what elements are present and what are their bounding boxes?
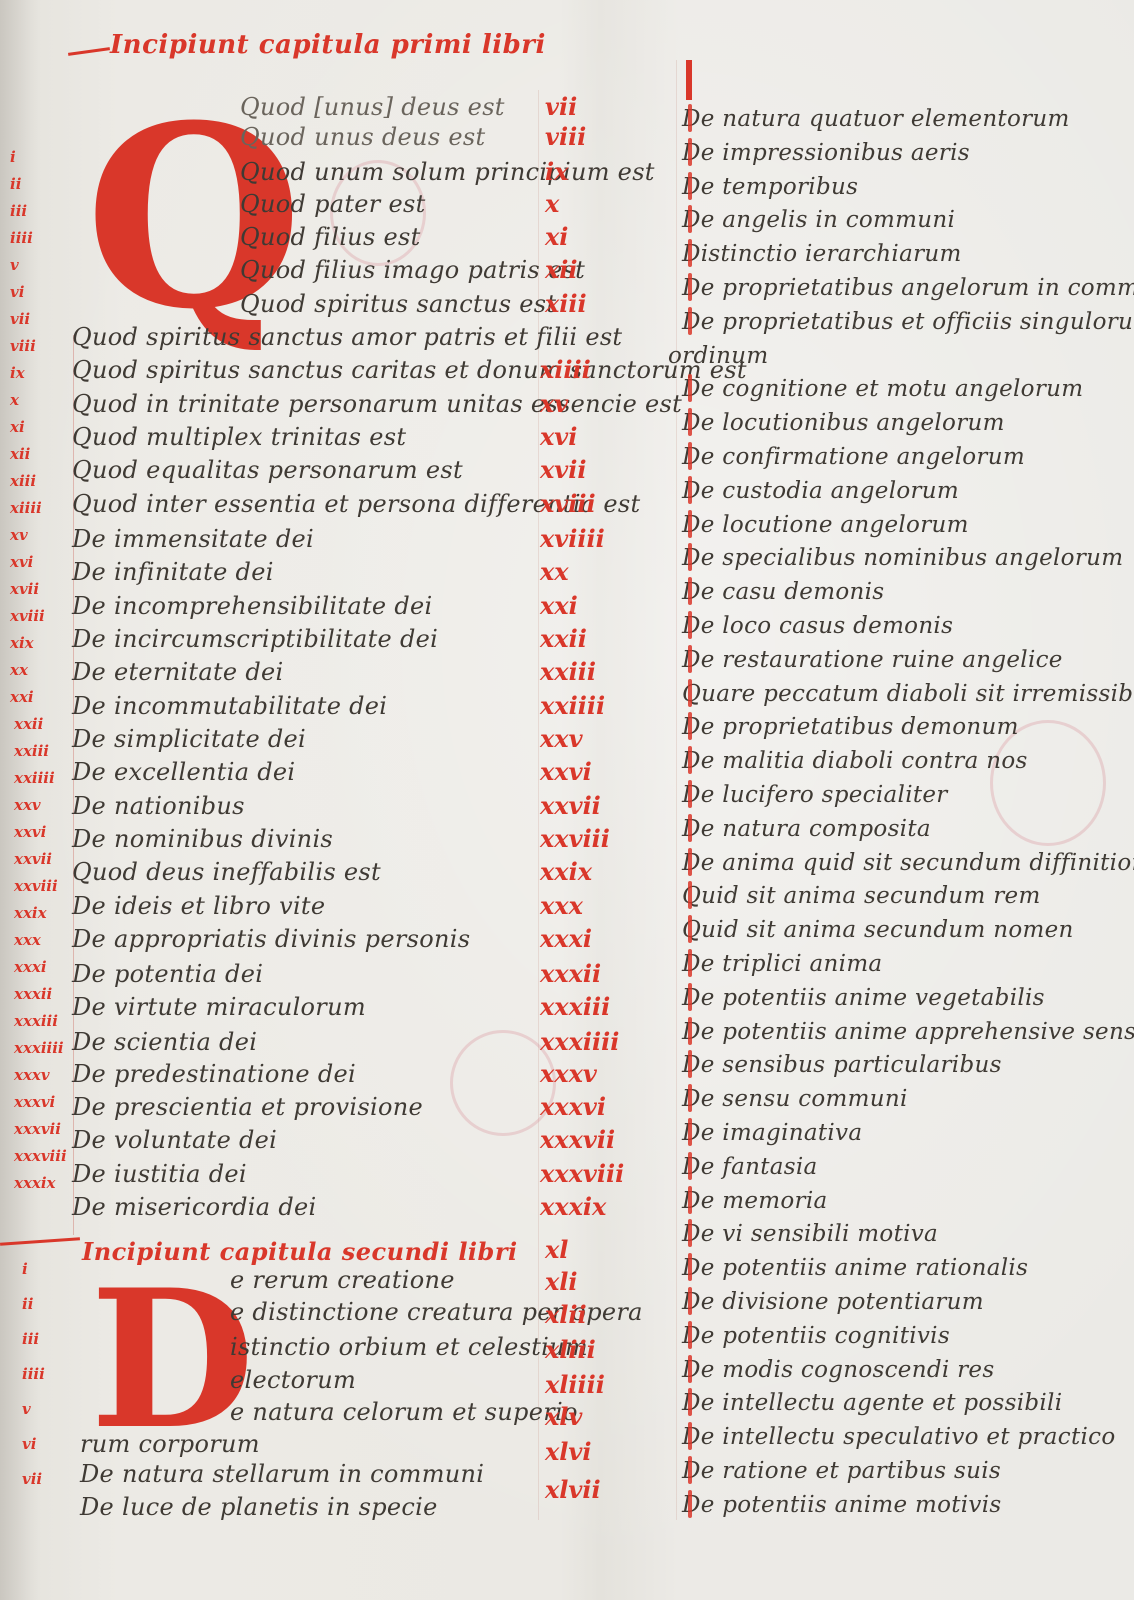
red-capital-stroke xyxy=(688,1186,692,1214)
red-capital-stroke xyxy=(688,1422,692,1450)
chapter-entry: De prescientia et provisione xyxy=(72,1095,423,1119)
chapter-numeral: xxxvi xyxy=(540,1095,606,1119)
red-capital-stroke xyxy=(688,1456,692,1484)
chapter-numeral: xlii xyxy=(545,1303,587,1327)
chapter-numeral: xxv xyxy=(540,727,583,751)
margin-numeral: xxxiii xyxy=(14,1014,58,1029)
chapter-entry: e natura celorum et superio xyxy=(230,1400,578,1424)
chapter-numeral: xvii xyxy=(540,458,587,482)
chapter-numeral: xiii xyxy=(545,292,587,316)
red-capital-stroke xyxy=(688,915,692,943)
margin-numeral: iii xyxy=(22,1332,39,1347)
margin-numeral: xvii xyxy=(10,582,39,597)
chapter-entry: Quod spiritus sanctus amor patris et fil… xyxy=(72,325,622,349)
margin-numeral: v xyxy=(22,1402,31,1417)
chapter-entry: De casu demonis xyxy=(682,581,884,604)
margin-numeral: iiii xyxy=(22,1367,45,1382)
chapter-entry: De sensibus particularibus xyxy=(682,1054,1002,1077)
red-capital-stroke xyxy=(688,881,692,909)
chapter-numeral: xxi xyxy=(540,594,578,618)
chapter-entry: De potentiis anime vegetabilis xyxy=(682,987,1045,1010)
chapter-entry: De luce de planetis in specie xyxy=(80,1495,438,1519)
red-capital-stroke xyxy=(688,577,692,605)
chapter-entry: ordinum xyxy=(668,345,768,368)
chapter-numeral: xxxix xyxy=(540,1195,606,1219)
red-capital-stroke xyxy=(688,712,692,740)
chapter-entry: Quod unum solum principium est xyxy=(240,160,655,184)
chapter-entry: De natura quatuor elementorum xyxy=(682,108,1070,131)
margin-numeral: xxiii xyxy=(14,744,49,759)
red-capital-stroke xyxy=(688,138,692,166)
chapter-entry: De intellectu speculativo et practico xyxy=(682,1426,1116,1449)
margin-numeral: ix xyxy=(10,366,25,381)
chapter-entry: De confirmatione angelorum xyxy=(682,446,1025,469)
margin-numeral: xxix xyxy=(14,906,47,921)
chapter-entry: De impressionibus aeris xyxy=(682,142,970,165)
red-capital-stroke xyxy=(688,611,692,639)
chapter-entry: e rerum creatione xyxy=(230,1268,455,1292)
margin-numeral: xxi xyxy=(10,690,34,705)
chapter-numeral: xlvi xyxy=(545,1440,592,1464)
chapter-entry: De immensitate dei xyxy=(72,527,314,551)
margin-numeral: xxxvi xyxy=(14,1095,55,1110)
chapter-entry: De malitia diaboli contra nos xyxy=(682,750,1028,773)
chapter-numeral: xxiii xyxy=(540,660,596,684)
chapter-entry: De proprietatibus et officiis singulorum xyxy=(682,311,1134,334)
red-capital-stroke xyxy=(688,679,692,707)
chapter-entry: De imaginativa xyxy=(682,1122,862,1145)
chapter-numeral: xliii xyxy=(545,1338,596,1362)
margin-numeral: ii xyxy=(22,1297,33,1312)
chapter-numeral: xxx xyxy=(540,894,583,918)
chapter-entry: De potentiis anime motivis xyxy=(682,1494,1002,1517)
chapter-entry: De restauratione ruine angelice xyxy=(682,649,1063,672)
red-capital-stroke xyxy=(688,442,692,470)
chapter-entry: De misericordia dei xyxy=(72,1195,316,1219)
margin-numeral: vi xyxy=(10,285,24,300)
red-capital-stroke xyxy=(688,1388,692,1416)
manuscript-page: Incipiunt capitula primi libri Q Quod [u… xyxy=(0,0,1134,1600)
margin-numeral: xviii xyxy=(10,609,45,624)
red-capital-stroke xyxy=(688,1084,692,1112)
chapter-numeral: xxxiiii xyxy=(540,1030,619,1054)
margin-numeral: xxvii xyxy=(14,852,52,867)
chapter-entry: Quod pater est xyxy=(240,192,426,216)
margin-numeral: x xyxy=(10,393,19,408)
chapter-numeral: viii xyxy=(545,125,586,149)
chapter-numeral: ix xyxy=(545,160,568,184)
chapter-numeral: xxxii xyxy=(540,962,601,986)
chapter-numeral: xxxiii xyxy=(540,995,610,1019)
red-capital-stroke xyxy=(688,374,692,402)
chapter-entry: De ratione et partibus suis xyxy=(682,1460,1001,1483)
chapter-entry: De nationibus xyxy=(72,794,245,818)
chapter-entry: rum corporum xyxy=(80,1432,260,1456)
red-capital-stroke xyxy=(688,408,692,436)
chapter-entry: istinctio orbium et celestium xyxy=(230,1335,588,1359)
margin-numeral: ii xyxy=(10,177,21,192)
red-capital-stroke xyxy=(688,1152,692,1180)
chapter-entry: De infinitate dei xyxy=(72,560,274,584)
chapter-numeral: xvi xyxy=(540,425,577,449)
chapter-entry: De potentiis cognitivis xyxy=(682,1325,950,1348)
red-capital-stroke xyxy=(688,814,692,842)
red-capital-stroke xyxy=(688,1287,692,1315)
chapter-numeral: xii xyxy=(545,258,578,282)
chapter-entry: Quod deus ineffabilis est xyxy=(72,860,381,884)
red-capital-stroke xyxy=(688,1355,692,1383)
chapter-numeral: xli xyxy=(545,1270,578,1294)
red-capital-stroke xyxy=(688,239,692,267)
margin-numeral: viii xyxy=(10,339,36,354)
chapter-numeral: xv xyxy=(540,392,568,416)
red-capital-stroke xyxy=(688,746,692,774)
margin-numeral: v xyxy=(10,258,19,273)
margin-numeral: xxiiii xyxy=(14,771,55,786)
chapter-entry: De modis cognoscendi res xyxy=(682,1359,994,1382)
margin-numeral: xix xyxy=(10,636,34,651)
chapter-entry: De locutione angelorum xyxy=(682,514,969,537)
margin-numeral: xvi xyxy=(10,555,33,570)
margin-numeral: xiii xyxy=(10,474,36,489)
red-capital-stroke xyxy=(688,949,692,977)
red-capital-stroke xyxy=(688,273,692,301)
red-capital-stroke xyxy=(688,510,692,538)
chapter-entry: De iustitia dei xyxy=(72,1162,247,1186)
chapter-entry: Quod equalitas personarum est xyxy=(72,458,463,482)
chapter-entry: De scientia dei xyxy=(72,1030,257,1054)
red-capital-stroke xyxy=(688,307,692,335)
chapter-entry: Quod filius imago patris est xyxy=(240,258,585,282)
margin-numeral: iiii xyxy=(10,231,33,246)
red-capital-stroke xyxy=(688,205,692,233)
chapter-numeral: x xyxy=(545,192,559,216)
red-capital-stroke xyxy=(688,983,692,1011)
chapter-entry: De sensu communi xyxy=(682,1088,908,1111)
chapter-numeral: xliiii xyxy=(545,1373,605,1397)
margin-numeral: i xyxy=(10,150,16,165)
chapter-entry: Quid sit anima secundum nomen xyxy=(682,919,1074,942)
chapter-entry: De potentia dei xyxy=(72,962,263,986)
chapter-entry: Quod in trinitate personarum unitas esse… xyxy=(72,392,682,416)
chapter-numeral: xxvi xyxy=(540,760,592,784)
margin-numeral: xxxiiii xyxy=(14,1041,64,1056)
chapter-numeral: xxxvii xyxy=(540,1128,615,1152)
chapter-entry: De anima quid sit secundum diffinitionem xyxy=(682,852,1134,875)
margin-numeral: vi xyxy=(22,1437,36,1452)
chapter-numeral: xl xyxy=(545,1238,568,1262)
chapter-entry: De memoria xyxy=(682,1190,828,1213)
margin-numeral: vii xyxy=(10,312,30,327)
margin-numeral: xxv xyxy=(14,798,41,813)
chapter-entry: De predestinatione dei xyxy=(72,1062,356,1086)
chapter-numeral: xxxviii xyxy=(540,1162,624,1186)
chapter-entry: Distinctio ierarchiarum xyxy=(682,243,962,266)
chapter-entry: De lucifero specialiter xyxy=(682,784,948,807)
chapter-entry: De eternitate dei xyxy=(72,660,284,684)
margin-numeral: xxxii xyxy=(14,987,52,1002)
red-capital-stroke xyxy=(688,1219,692,1247)
chapter-entry: Quod spiritus sanctus caritas et donum s… xyxy=(72,358,747,382)
margin-numeral: i xyxy=(22,1262,28,1277)
chapter-entry: De fantasia xyxy=(682,1156,818,1179)
margin-numeral: xxxix xyxy=(14,1176,55,1191)
chapter-entry: De vi sensibili motiva xyxy=(682,1223,938,1246)
chapter-entry: De simplicitate dei xyxy=(72,727,306,751)
chapter-entry: Quare peccatum diaboli sit irremissibile xyxy=(682,683,1134,706)
chapter-entry: electorum xyxy=(230,1368,356,1392)
chapter-entry: De natura stellarum in communi xyxy=(80,1462,484,1486)
chapter-numeral: xlv xyxy=(545,1405,582,1429)
chapter-entry: De custodia angelorum xyxy=(682,480,959,503)
red-capital-stroke xyxy=(688,172,692,200)
margin-numeral: xxx xyxy=(14,933,41,948)
margin-numeral: xxvi xyxy=(14,825,46,840)
red-capital-stroke xyxy=(688,1050,692,1078)
margin-numeral: xiiii xyxy=(10,501,42,516)
margin-numeral: xxii xyxy=(14,717,43,732)
chapter-entry: De locutionibus angelorum xyxy=(682,412,1005,435)
chapter-entry: De temporibus xyxy=(682,176,858,199)
chapter-entry: De proprietatibus angelorum in communi xyxy=(682,277,1134,300)
chapter-numeral: xxxv xyxy=(540,1062,597,1086)
red-capital-stroke xyxy=(688,1118,692,1146)
chapter-numeral: xxviii xyxy=(540,827,610,851)
chapter-entry: Quod [unus] deus est xyxy=(240,95,505,119)
chapter-entry: De triplici anima xyxy=(682,953,882,976)
chapter-entry: De potentiis anime apprehensive sensibil… xyxy=(682,1021,1134,1044)
margin-numeral: xxxviii xyxy=(14,1149,67,1164)
chapter-entry: De intellectu agente et possibili xyxy=(682,1392,1062,1415)
chapter-entry: De natura composita xyxy=(682,818,931,841)
chapter-numeral: xxxi xyxy=(540,927,592,951)
chapter-entry: De angelis in communi xyxy=(682,209,955,232)
margin-numeral: xv xyxy=(10,528,28,543)
margin-numeral: vii xyxy=(22,1472,42,1487)
chapter-numeral: xxii xyxy=(540,627,587,651)
chapter-entry: Quod filius est xyxy=(240,225,421,249)
margin-numeral: xi xyxy=(10,420,25,435)
chapter-numeral: xx xyxy=(540,560,569,584)
chapter-entry: De virtute miraculorum xyxy=(72,995,366,1019)
chapter-numeral: vii xyxy=(545,95,577,119)
chapter-numeral: xviii xyxy=(540,492,596,516)
chapter-entry: De nominibus divinis xyxy=(72,827,333,851)
chapter-entry: De incommutabilitate dei xyxy=(72,694,387,718)
chapter-numeral: xiiii xyxy=(540,358,591,382)
right-column-ruling-line xyxy=(676,60,677,1520)
red-capital-stroke xyxy=(688,543,692,571)
margin-numeral: xxviii xyxy=(14,879,58,894)
chapter-entry: De specialibus nominibus angelorum xyxy=(682,547,1123,570)
red-capital-stroke xyxy=(688,1253,692,1281)
heading-flourish xyxy=(68,47,110,56)
red-capital-stroke xyxy=(688,1490,692,1518)
red-capital-stroke xyxy=(688,104,692,132)
chapter-entry: Quod unus deus est xyxy=(240,125,485,149)
chapter-entry: De divisione potentiarum xyxy=(682,1291,984,1314)
right-column-initial-mark xyxy=(686,60,692,100)
chapter-entry: De appropriatis divinis personis xyxy=(72,927,470,951)
chapter-entry: Quod spiritus sanctus est xyxy=(240,292,556,316)
book1-heading: Incipiunt capitula primi libri xyxy=(110,30,546,60)
chapter-numeral: xxix xyxy=(540,860,592,884)
chapter-numeral: xviiii xyxy=(540,527,605,551)
chapter-numeral: xxvii xyxy=(540,794,601,818)
chapter-entry: De potentiis anime rationalis xyxy=(682,1257,1028,1280)
chapter-entry: De proprietatibus demonum xyxy=(682,716,1019,739)
red-capital-stroke xyxy=(688,1017,692,1045)
chapter-entry: De incomprehensibilitate dei xyxy=(72,594,432,618)
red-capital-stroke xyxy=(688,476,692,504)
margin-numeral: xxxvii xyxy=(14,1122,61,1137)
chapter-entry: De excellentia dei xyxy=(72,760,295,784)
margin-numeral: xii xyxy=(10,447,30,462)
red-capital-stroke xyxy=(688,780,692,808)
margin-numeral: xxxv xyxy=(14,1068,50,1083)
chapter-entry: Quid sit anima secundum rem xyxy=(682,885,1041,908)
chapter-entry: De voluntate dei xyxy=(72,1128,277,1152)
chapter-numeral: xxiiii xyxy=(540,694,605,718)
margin-numeral: xx xyxy=(10,663,28,678)
chapter-numeral: xlvii xyxy=(545,1478,601,1502)
chapter-entry: Quod multiplex trinitas est xyxy=(72,425,406,449)
chapter-entry: De ideis et libro vite xyxy=(72,894,325,918)
chapter-entry: De cognitione et motu angelorum xyxy=(682,378,1083,401)
chapter-entry: De loco casus demonis xyxy=(682,615,953,638)
chapter-entry: De incircumscriptibilitate dei xyxy=(72,627,438,651)
red-capital-stroke xyxy=(688,848,692,876)
margin-numeral: iii xyxy=(10,204,27,219)
margin-numeral: xxxi xyxy=(14,960,47,975)
chapter-numeral: xi xyxy=(545,225,568,249)
red-capital-stroke xyxy=(688,1321,692,1349)
red-capital-stroke xyxy=(688,645,692,673)
